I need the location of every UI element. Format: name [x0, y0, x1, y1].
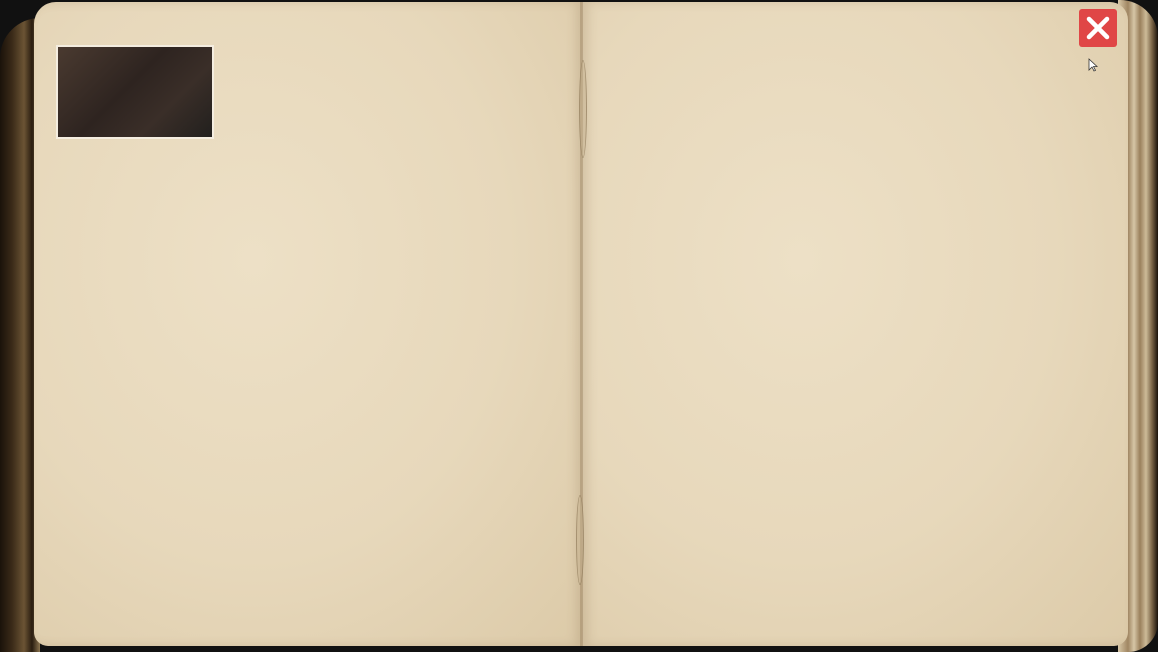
journal-page-right [582, 2, 1128, 646]
close-button[interactable] [1079, 9, 1117, 47]
binding-stitch-top [579, 60, 587, 158]
close-icon [1084, 14, 1112, 42]
journal-book [0, 0, 1158, 652]
binding-stitch-bottom [576, 495, 584, 585]
photo-thumbnail[interactable] [56, 45, 214, 139]
mouse-cursor-icon [1088, 58, 1098, 72]
